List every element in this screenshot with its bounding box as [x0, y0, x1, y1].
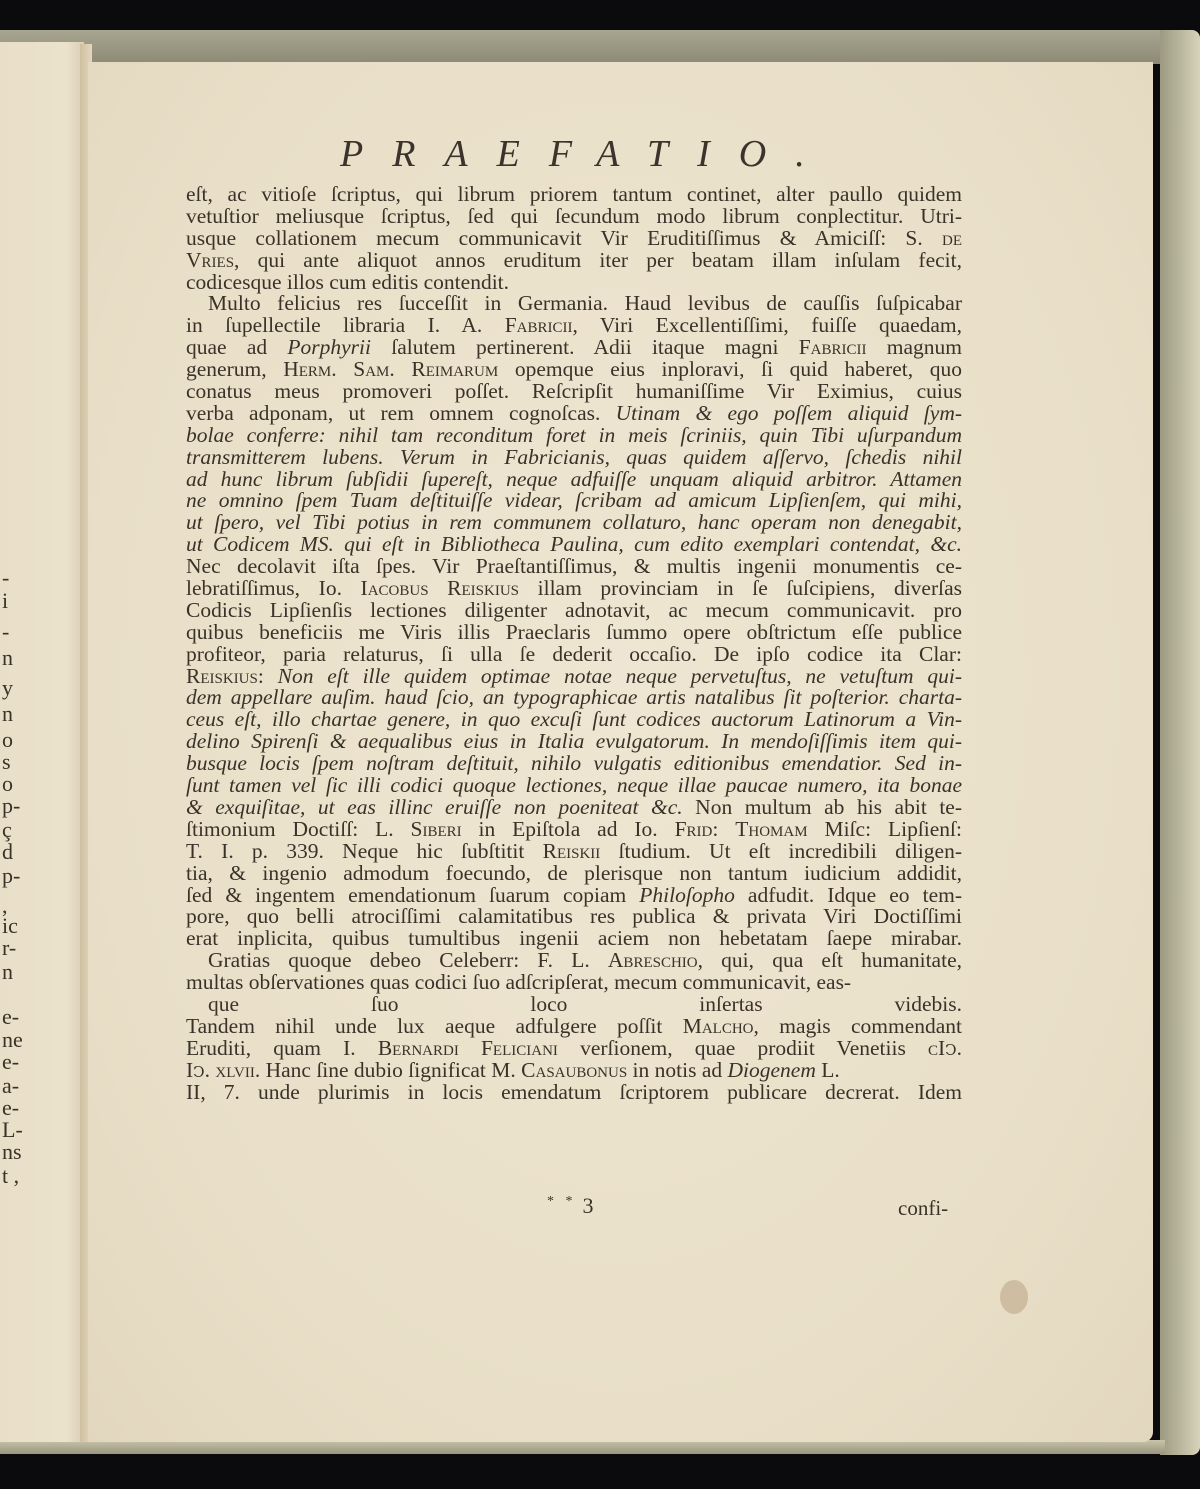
- text-run: , qui, qua eſt humanitate,: [698, 948, 962, 972]
- text-run: tia, & ingenio admodum foecundo, de pler…: [186, 861, 962, 885]
- italic-run: delino Spirenſi & aequalibus eius in Ita…: [186, 729, 962, 753]
- small-caps-run: cIↄ.: [928, 1036, 962, 1060]
- text-line: ut ſpero, vel Tibi potius in rem commune…: [186, 512, 962, 534]
- text-line: eſt, ac vitioſe ſcriptus, qui librum pri…: [186, 184, 962, 206]
- text-run: Multo felicius res ſucceſſit in Germania…: [208, 291, 962, 315]
- text-run: multas obſervationes quas codici ſuo adſ…: [186, 970, 851, 994]
- text-run: adfudit. Idque eo tem-: [735, 883, 962, 907]
- small-caps-run: Casaubonus: [521, 1058, 627, 1082]
- text-run: Nec decolavit iſta ſpes. Vir Praeſtantiſ…: [186, 554, 962, 578]
- text-line: in ſupellectile libraria I. A. Fabricii,…: [186, 315, 962, 337]
- book-cover-bottom: [0, 1440, 1165, 1454]
- text-line: Gratias quoque debeo Celeberr: F. L. Abr…: [186, 950, 962, 972]
- text-run: L.: [816, 1058, 840, 1082]
- italic-run: transmitterem lubens. Verum in Fabrician…: [186, 445, 962, 469]
- text-run: , magis commendant: [754, 1014, 962, 1038]
- italic-run: busque locis ſpem noſtram deſtituit, nih…: [186, 751, 962, 775]
- text-line: Eruditi, quam I. Bernardi Feliciani verſ…: [186, 1038, 962, 1060]
- left-page-fragment: n: [2, 642, 13, 673]
- italic-run: ne omnino ſpem Tuam deſtituiſſe videar, …: [186, 488, 962, 512]
- text-line: que ſuo loco inſertas videbis.: [186, 994, 962, 1016]
- text-run: lebratiſſimus, Io.: [186, 576, 361, 600]
- small-caps-run: Malcho: [683, 1014, 754, 1038]
- text-run: in notis ad: [627, 1058, 727, 1082]
- italic-run: Utinam & ego poſſem aliquid ſym-: [616, 401, 962, 425]
- italic-run: & exquiſitae, ut eas illinc eruiſſe non …: [186, 795, 683, 819]
- text-run: quae ad: [186, 335, 287, 359]
- text-line: vetuſtior meliusque ſcriptus, ſed qui ſe…: [186, 206, 962, 228]
- text-run: eſt, ac vitioſe ſcriptus, qui librum pri…: [186, 182, 962, 206]
- text-line: II, 7. unde plurimis in locis emendatum …: [186, 1082, 962, 1104]
- text-line: ceus eſt, illo chartae genere, in quo ex…: [186, 709, 962, 731]
- text-line: codicesque illos cum editis contendit.: [186, 272, 962, 294]
- text-line: T. I. p. 339. Neque hic ſubſtitit Reiski…: [186, 841, 962, 863]
- small-caps-run: Herm. Sam. Reimarum: [283, 357, 498, 381]
- text-line: tia, & ingenio admodum foecundo, de pler…: [186, 863, 962, 885]
- small-caps-run: Iↄ. xlvii.: [186, 1058, 260, 1082]
- left-page-fragment: n: [2, 956, 13, 987]
- italic-run: ut Codicem MS. qui eſt in Bibliotheca Pa…: [186, 532, 962, 556]
- text-run: illam provinciam in ſe ſuſcipiens, diver…: [519, 576, 962, 600]
- text-line: Reiskius: Non eſt ille quidem optimae no…: [186, 666, 962, 688]
- small-caps-run: Thomam: [735, 817, 807, 841]
- book-cover-right: [1160, 30, 1200, 1455]
- text-run: Gratias quoque debeo Celeberr: F. L.: [208, 948, 608, 972]
- text-run: magnum: [867, 335, 962, 359]
- text-run: Codicis Lipſienſis lectiones diligenter …: [186, 598, 962, 622]
- italic-run: Philoſopho: [639, 883, 735, 907]
- signature-number: 3: [583, 1193, 594, 1218]
- small-caps-run: Fabricii: [505, 313, 573, 337]
- book-cover-top: [0, 30, 1180, 64]
- text-run: verſionem, quae prodiit Venetiis: [558, 1036, 928, 1060]
- text-run: , Viri Excellentiſſimi, fuiſſe quaedam,: [572, 313, 962, 337]
- italic-run: ceus eſt, illo chartae genere, in quo ex…: [186, 707, 962, 731]
- text-run: in ſupellectile libraria I. A.: [186, 313, 505, 337]
- text-line: profiteor, paria relaturus, ſi ulla ſe d…: [186, 644, 962, 666]
- catchword: confi-: [898, 1196, 948, 1221]
- small-caps-run: Frid: [675, 817, 713, 841]
- text-run: quibus beneficiis me Viris illis Praecla…: [186, 620, 962, 644]
- text-line: transmitterem lubens. Verum in Fabrician…: [186, 447, 962, 469]
- text-run: T. I. p. 339. Neque hic ſubſtitit: [186, 839, 543, 863]
- text-run: opemque eius inploravi, ſi quid haberet,…: [498, 357, 962, 381]
- stain: [1000, 1280, 1028, 1314]
- text-run: Hanc ſine dubio ſignificat M.: [260, 1058, 521, 1082]
- text-run: :: [712, 817, 735, 841]
- left-page-fragment: t ,: [2, 1160, 19, 1191]
- italic-run: dem appellare auſim. haud ſcio, an typog…: [186, 685, 962, 709]
- text-run: Non multum ab his abit te-: [683, 795, 962, 819]
- text-line: Vries, qui ante aliquot annos eruditum i…: [186, 250, 962, 272]
- small-caps-run: Reiskius: [186, 664, 258, 688]
- small-caps-run: Fabricii: [799, 335, 867, 359]
- text-run: ſalutem pertinerent. Adii itaque magni: [371, 335, 799, 359]
- text-line: pore, quo belli atrociſſimi calamitatibu…: [186, 906, 962, 928]
- text-run: profiteor, paria relaturus, ſi ulla ſe d…: [186, 642, 962, 666]
- text-line: dem appellare auſim. haud ſcio, an typog…: [186, 687, 962, 709]
- text-run: ſtudium. Ut eſt incredibili diligen-: [600, 839, 962, 863]
- text-run: generum,: [186, 357, 283, 381]
- text-run: :: [258, 664, 278, 688]
- text-line: Nec decolavit iſta ſpes. Vir Praeſtantiſ…: [186, 556, 962, 578]
- small-caps-run: Iacobus Reiskius: [361, 576, 519, 600]
- italic-run: ſunt tamen vel ſic illi codici quoque le…: [186, 773, 962, 797]
- text-line: erat inplicita, quibus tumultibus ingeni…: [186, 928, 962, 950]
- text-run: ſed & ingentem emendationum ſuarum copia…: [186, 883, 639, 907]
- text-run: II, 7. unde plurimis in locis emendatum …: [186, 1080, 962, 1104]
- text-run: Miſc: Lipſienſ:: [808, 817, 962, 841]
- text-line: ſunt tamen vel ſic illi codici quoque le…: [186, 775, 962, 797]
- text-line: delino Spirenſi & aequalibus eius in Ita…: [186, 731, 962, 753]
- text-line: & exquiſitae, ut eas illinc eruiſſe non …: [186, 797, 962, 819]
- text-run: conatus meus promoveri poſſet. Reſcripſi…: [186, 379, 962, 403]
- text-line: ut Codicem MS. qui eſt in Bibliotheca Pa…: [186, 534, 962, 556]
- italic-run: bolae conferre: nihil tam reconditum for…: [186, 423, 962, 447]
- text-run: , qui ante aliquot annos eruditum iter p…: [234, 248, 962, 272]
- small-caps-run: Siberi: [411, 817, 462, 841]
- text-run: in Epiſtola ad Io.: [462, 817, 675, 841]
- text-line: Multo felicius res ſucceſſit in Germania…: [186, 293, 962, 315]
- left-page-fragment: p-: [2, 860, 20, 891]
- running-head: PRAEFATIO.: [340, 132, 834, 176]
- text-line: ad hunc librum ſubſidii ſupereſt, neque …: [186, 469, 962, 491]
- signature-mark: * *3: [547, 1193, 594, 1219]
- italic-run: ad hunc librum ſubſidii ſupereſt, neque …: [186, 467, 962, 491]
- text-line: Tandem nihil unde lux aeque adfulgere po…: [186, 1016, 962, 1038]
- text-line: ſed & ingentem emendationum ſuarum copia…: [186, 885, 962, 907]
- text-line: ſtimonium Doctiſſ: L. Siberi in Epiſtola…: [186, 819, 962, 841]
- text-run: pore, quo belli atrociſſimi calamitatibu…: [186, 904, 962, 928]
- small-caps-run: Abreschio: [608, 948, 698, 972]
- text-line: Codicis Lipſienſis lectiones diligenter …: [186, 600, 962, 622]
- text-line: generum, Herm. Sam. Reimarum opemque eiu…: [186, 359, 962, 381]
- text-line: quae ad Porphyrii ſalutem pertinerent. A…: [186, 337, 962, 359]
- text-line: multas obſervationes quas codici ſuo adſ…: [186, 972, 962, 994]
- body-text: eſt, ac vitioſe ſcriptus, qui librum pri…: [186, 184, 962, 1103]
- text-run: verba adponam, ut rem omnem cognoſcas.: [186, 401, 616, 425]
- italic-run: Non eſt ille quidem optimae notae neque …: [278, 664, 962, 688]
- small-caps-run: Vries: [186, 248, 234, 272]
- text-run: Tandem nihil unde lux aeque adfulgere po…: [186, 1014, 683, 1038]
- text-line: quibus beneficiis me Viris illis Praecla…: [186, 622, 962, 644]
- italic-run: Diogenem: [728, 1058, 816, 1082]
- text-line: lebratiſſimus, Io. Iacobus Reiskius illa…: [186, 578, 962, 600]
- text-line: Iↄ. xlvii. Hanc ſine dubio ſignificat M.…: [186, 1060, 962, 1082]
- text-run: vetuſtior meliusque ſcriptus, ſed qui ſe…: [186, 204, 962, 228]
- text-run: erat inplicita, quibus tumultibus ingeni…: [186, 926, 962, 950]
- text-run: ſtimonium Doctiſſ: L.: [186, 817, 411, 841]
- small-caps-run: Reiskii: [543, 839, 601, 863]
- text-run: Eruditi, quam I.: [186, 1036, 378, 1060]
- text-line: bolae conferre: nihil tam reconditum for…: [186, 425, 962, 447]
- text-line: busque locis ſpem noſtram deſtituit, nih…: [186, 753, 962, 775]
- small-caps-run: de: [942, 226, 962, 250]
- text-line: usque collationem mecum communicavit Vir…: [186, 228, 962, 250]
- text-line: conatus meus promoveri poſſet. Reſcripſi…: [186, 381, 962, 403]
- text-run: que ſuo loco inſertas videbis.: [208, 992, 962, 1016]
- text-run: codicesque illos cum editis contendit.: [186, 270, 509, 294]
- text-line: verba adponam, ut rem omnem cognoſcas. U…: [186, 403, 962, 425]
- text-line: ne omnino ſpem Tuam deſtituiſſe videar, …: [186, 490, 962, 512]
- italic-run: ut ſpero, vel Tibi potius in rem commune…: [186, 510, 962, 534]
- small-caps-run: Bernardi Feliciani: [378, 1036, 558, 1060]
- text-run: usque collationem mecum communicavit Vir…: [186, 226, 942, 250]
- signature-stars: * *: [547, 1194, 577, 1209]
- italic-run: Porphyrii: [287, 335, 371, 359]
- left-page-fragment: i: [2, 585, 8, 616]
